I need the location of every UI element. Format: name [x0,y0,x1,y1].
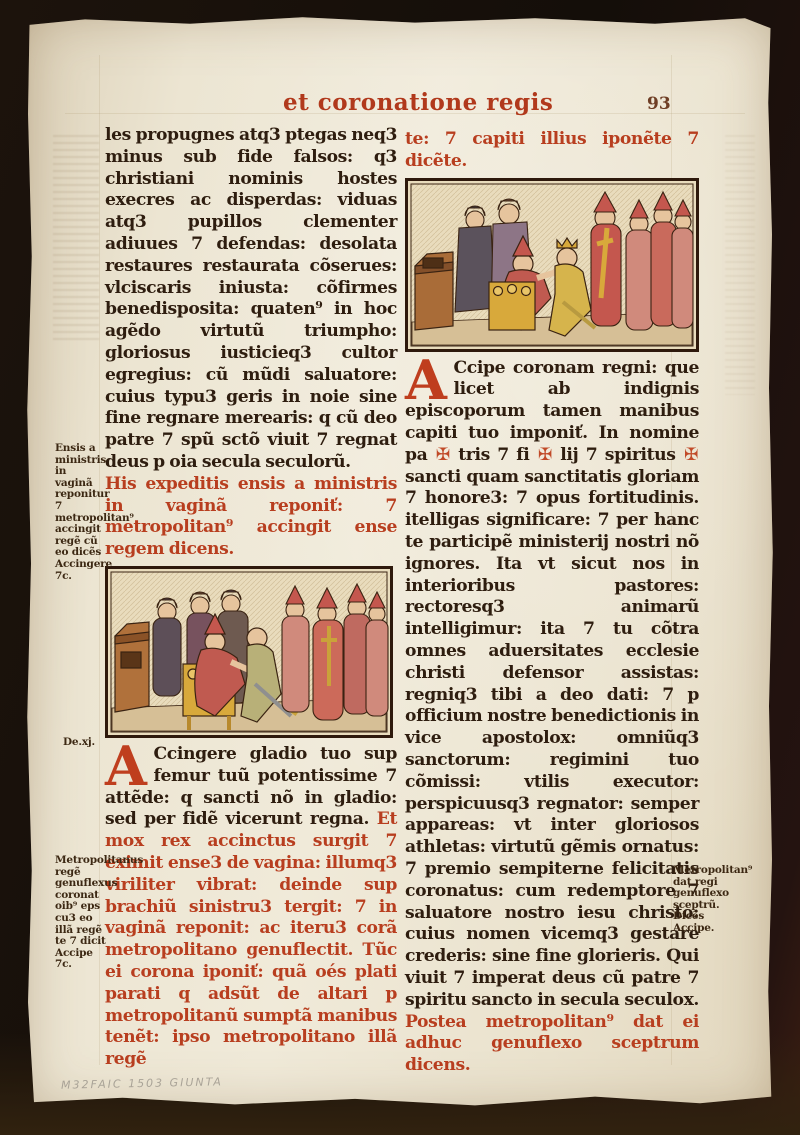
accipe-text-4: sancti quam sanctitatis gloriam 7 honore… [405,467,699,1010]
accipe-text-3: lij 7 spiritus [553,445,683,465]
left-paragraph-accingere: ACcingere gladio tuo sup femur tuũ poten… [105,744,397,1071]
drop-cap-initial-A: A [405,359,447,401]
pencil-inscription: M32FAIC 1503 GIUNTA [61,1075,223,1091]
ink-showthrough-left [53,135,99,340]
drop-cap-initial-A: A [105,745,147,787]
right-rubric-top: te: 7 capiti illius iponẽte 7 dicẽte. [405,129,699,173]
manuscript-leaf: et coronatione regis 93 les propugnes at… [25,15,775,1112]
right-text-column: te: 7 capiti illius iponẽte 7 dicẽte. [405,129,699,1077]
accipe-text-2: tris 7 fi [451,445,537,465]
woodcut-coronation-crowning-scene [405,178,699,352]
left-accingere-black-text: Ccingere gladio tuo sup femur tuũ potent… [105,744,397,829]
margin-note-left-top: Ensis a ministris in vaginã reponitur 7 … [55,443,107,582]
margin-note-left-mid: De.xj. [63,737,107,749]
prelate-group [282,584,388,720]
maltese-cross-icon: ✠ [537,445,553,465]
running-title: et coronatione regis [283,89,533,116]
throne [489,282,535,330]
altar-chest [415,252,453,330]
right-paragraph-accipe: ACcipe coronam regni: que licet ab indig… [405,358,699,1077]
prelate-group [591,192,693,330]
right-rubric-end: Postea metropolitan⁹ dat ei adhuc genufl… [405,1012,699,1076]
maltese-cross-icon: ✠ [683,445,699,465]
folio-number: 93 [647,94,671,114]
left-rubric: His expeditis ensis a ministris in vagin… [105,474,397,561]
maltese-cross-icon: ✠ [435,445,451,465]
woodcut-sword-girding-scene [105,566,393,738]
margin-note-left-bottom: Metropolitanus regẽ genuflexus coronat o… [55,855,107,971]
ink-showthrough-right [725,135,755,395]
margin-note-right-bottom: Metropolitan⁹ dat regi genuflexo sceptrũ… [673,865,729,935]
left-accingere-red-text: Et mox rex accinctus surgit 7 eximit ens… [105,809,397,1069]
left-text-column: les propugnes atq3 ptegas neq3 minus sub… [105,125,397,1071]
left-paragraph-prayer: les propugnes atq3 ptegas neq3 minus sub… [105,125,397,474]
altar-chest [115,622,149,712]
